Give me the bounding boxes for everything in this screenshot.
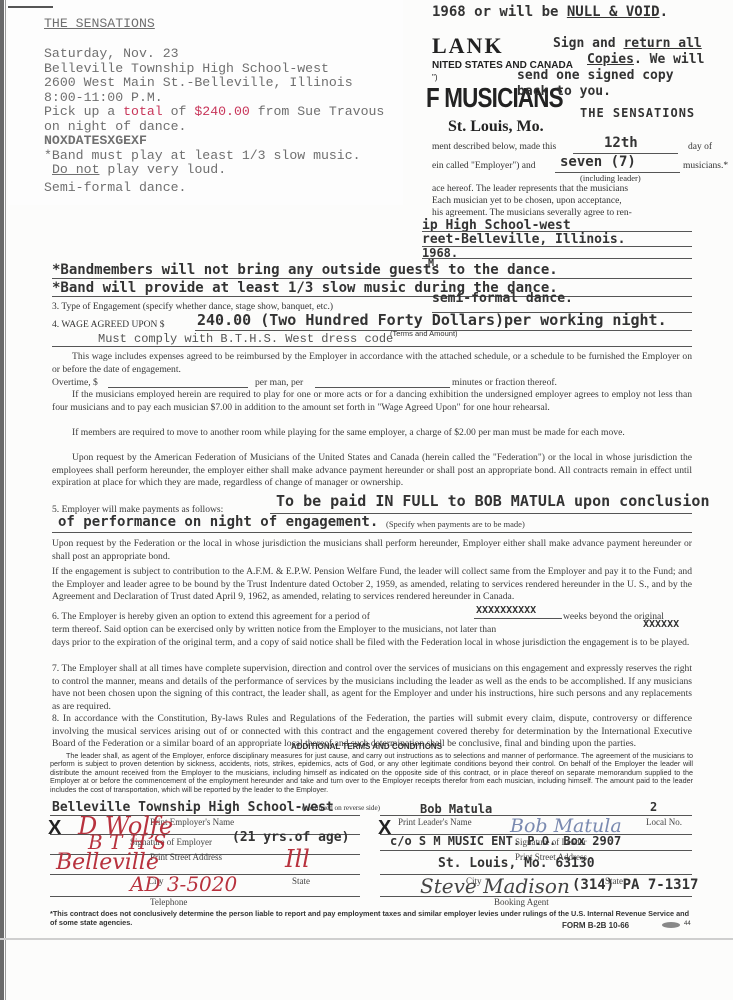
leader-name-label: Print Leader's Name bbox=[398, 817, 472, 827]
return-instructions: Sign and return all Copies. We will send… bbox=[553, 36, 704, 100]
place-line-2[interactable]: reet-Belleville, Illinois. bbox=[422, 232, 626, 247]
option-text-c: term thereof. Said option can be exercis… bbox=[52, 624, 496, 637]
overtime-rate-line bbox=[108, 387, 248, 388]
void-notice: 1968 or will be NULL & VOID. bbox=[432, 4, 668, 20]
option-days[interactable]: XXXXXX bbox=[643, 619, 679, 630]
union-bug-icon bbox=[662, 922, 680, 928]
made-this-label: ment described below, made this bbox=[432, 142, 556, 152]
guests-rule[interactable]: *Bandmembers will not bring any outside … bbox=[52, 262, 558, 278]
pickup-amount: $240.00 bbox=[194, 104, 249, 119]
pickup-total-word: total bbox=[123, 104, 163, 119]
pickup-from: from Sue Travous bbox=[250, 104, 385, 119]
leader-name-value[interactable]: Bob Matula bbox=[420, 802, 492, 816]
guests-underline bbox=[52, 278, 692, 279]
overtime-minutes-line bbox=[315, 387, 450, 388]
loud-text: play very loud. bbox=[99, 162, 226, 177]
void-text: NULL & VOID bbox=[567, 4, 660, 20]
per-man-label: per man, per bbox=[255, 377, 303, 390]
pickup-text: Pick up a bbox=[44, 104, 123, 119]
agreement-text-2: Each musician yet to be chosen, upon acc… bbox=[432, 196, 622, 206]
pickup-of: of bbox=[163, 104, 195, 119]
employer-street-label: Print Street Address bbox=[150, 852, 222, 862]
leader-street-line bbox=[380, 850, 692, 851]
option-weeks[interactable]: XXXXXXXXXX bbox=[476, 605, 536, 616]
wage-label: 4. WAGE AGREED UPON $ bbox=[52, 320, 165, 330]
employer-x-mark: X bbox=[48, 817, 61, 840]
form-id: FORM B-2B 10-66 bbox=[562, 921, 629, 930]
leader-street-value[interactable]: c/o S M MUSIC ENT. P.O. Box 2907 bbox=[390, 834, 621, 848]
option-weeks-line bbox=[474, 618, 562, 619]
control-paragraph: 7. The Employer shall at all times have … bbox=[52, 663, 692, 713]
dress-code[interactable]: Must comply with B.T.H.S. West dress cod… bbox=[98, 332, 393, 346]
age-note: (21 yrs.of age) bbox=[232, 830, 349, 845]
return-emphasis: return all bbox=[623, 36, 701, 51]
local-number-value[interactable]: 2 bbox=[650, 800, 657, 814]
note-edge-mark bbox=[8, 6, 53, 8]
booking-agent-signature[interactable]: Steve Madison bbox=[420, 874, 570, 898]
do-not-emphasis: Do not bbox=[52, 162, 99, 177]
move-paragraph: If members are required to move to anoth… bbox=[52, 427, 692, 440]
note-struck-text: NOXDATESXGEXF bbox=[44, 134, 147, 149]
employer-state-value[interactable]: Ill bbox=[285, 845, 310, 873]
bond-paragraph: Upon request by the Federation or the lo… bbox=[52, 538, 692, 563]
typed-note-slip: THE SENSATIONS Saturday, Nov. 23 Bellevi… bbox=[8, 0, 403, 205]
day-value[interactable]: 12th bbox=[604, 135, 638, 151]
telephone-label: Telephone bbox=[150, 897, 187, 907]
local-city: St. Louis, Mo. bbox=[448, 118, 544, 136]
federation-paragraph: Upon request by the American Federation … bbox=[52, 452, 692, 490]
pension-paragraph: If the engagement is subject to contribu… bbox=[52, 566, 692, 604]
union-paren: ") bbox=[432, 73, 438, 82]
void-year: 1968 or will be bbox=[432, 4, 567, 20]
additional-terms-paragraph-1: The leader shall, as agent of the Employ… bbox=[50, 752, 693, 794]
payment-terms-2[interactable]: of performance on night of engagement. bbox=[58, 514, 378, 530]
payment-hint: (Specify when payments are to be made) bbox=[386, 518, 525, 531]
option-text-a: 6. The Employer is hereby given an optio… bbox=[52, 611, 370, 624]
page-edge bbox=[0, 0, 4, 1000]
booking-agent-label: Booking Agent bbox=[494, 897, 549, 907]
including-leader: (including leader) bbox=[580, 173, 641, 183]
note-semiformal: Semi-formal dance. bbox=[44, 181, 186, 196]
place-underline-2 bbox=[422, 246, 692, 247]
minutes-label: minutes or fraction thereof. bbox=[452, 377, 557, 390]
musicians-label: musicians.* bbox=[683, 161, 728, 171]
payment-underline-2 bbox=[52, 532, 692, 533]
leader-city-value[interactable]: St. Louis, Mo. 63130 bbox=[438, 856, 595, 871]
void-period: . bbox=[660, 4, 668, 20]
place-underline-3 bbox=[422, 258, 692, 259]
return-line-1: Sign and return all bbox=[553, 36, 704, 52]
union-bug-number: 44 bbox=[684, 921, 691, 927]
local-no-label: Local No. bbox=[646, 817, 682, 827]
employer-phone-line bbox=[50, 896, 360, 897]
terms-amount-hint: (Terms and Amount) bbox=[390, 329, 458, 338]
option-text-d: days prior to the expiration of the orig… bbox=[52, 637, 692, 650]
band-stamp: THE SENSATIONS bbox=[580, 106, 695, 120]
musicians-count[interactable]: seven (7) bbox=[560, 154, 636, 170]
note-loud: Do not play very loud. bbox=[52, 163, 226, 178]
return-line-2: Copies. We will bbox=[587, 52, 704, 68]
overtime-label: Overtime, $ bbox=[52, 377, 98, 390]
copies-emphasis: Copies bbox=[587, 52, 634, 67]
note-title: THE SENSATIONS bbox=[44, 17, 155, 32]
we-will: . We will bbox=[634, 52, 704, 67]
return-line-3: send one signed copy bbox=[517, 68, 704, 84]
page-edge-inner bbox=[5, 0, 6, 1000]
return-line-4: back to you. bbox=[517, 84, 704, 100]
agreement-text-3: his agreement. The musicians severally a… bbox=[432, 208, 632, 218]
employer-phone-value[interactable]: AD 3-5020 bbox=[130, 872, 237, 896]
dress-code-underline bbox=[52, 346, 692, 347]
continued-note: (continued on reverse side) bbox=[302, 804, 380, 812]
engagement-type-value[interactable]: semi-formal dance. bbox=[432, 291, 573, 306]
payment-terms-1[interactable]: To be paid IN FULL to BOB MATULA upon co… bbox=[276, 492, 709, 510]
note-address: 2600 West Main St.-Belleville, Illinois bbox=[44, 76, 353, 91]
agent-phone-value[interactable]: (314) PA 7-1317 bbox=[572, 877, 698, 893]
paper-bottom-edge bbox=[0, 938, 733, 940]
note-pickup: Pick up a total of $240.00 from Sue Trav… bbox=[44, 105, 384, 120]
wage-value[interactable]: 240.00 (Two Hundred Forty Dollars)per wo… bbox=[197, 311, 667, 329]
employer-called-label: ein called "Employer") and bbox=[432, 161, 536, 171]
day-of-label: day of bbox=[688, 142, 712, 152]
slow-underline bbox=[52, 296, 692, 297]
note-date: Saturday, Nov. 23 bbox=[44, 47, 179, 62]
return-text: Sign and bbox=[553, 36, 623, 51]
additional-terms-heading: ADDITIONAL TERMS AND CONDITIONS bbox=[0, 742, 733, 751]
acts-paragraph: If the musicians employed herein are req… bbox=[52, 389, 692, 414]
form-title-blank: LANK bbox=[432, 33, 504, 59]
agreement-text-1: ace hereof. The leader represents that t… bbox=[432, 184, 628, 194]
wage-paragraph: This wage includes expenses agreed to be… bbox=[52, 351, 692, 376]
employer-state-label: State bbox=[292, 876, 310, 886]
